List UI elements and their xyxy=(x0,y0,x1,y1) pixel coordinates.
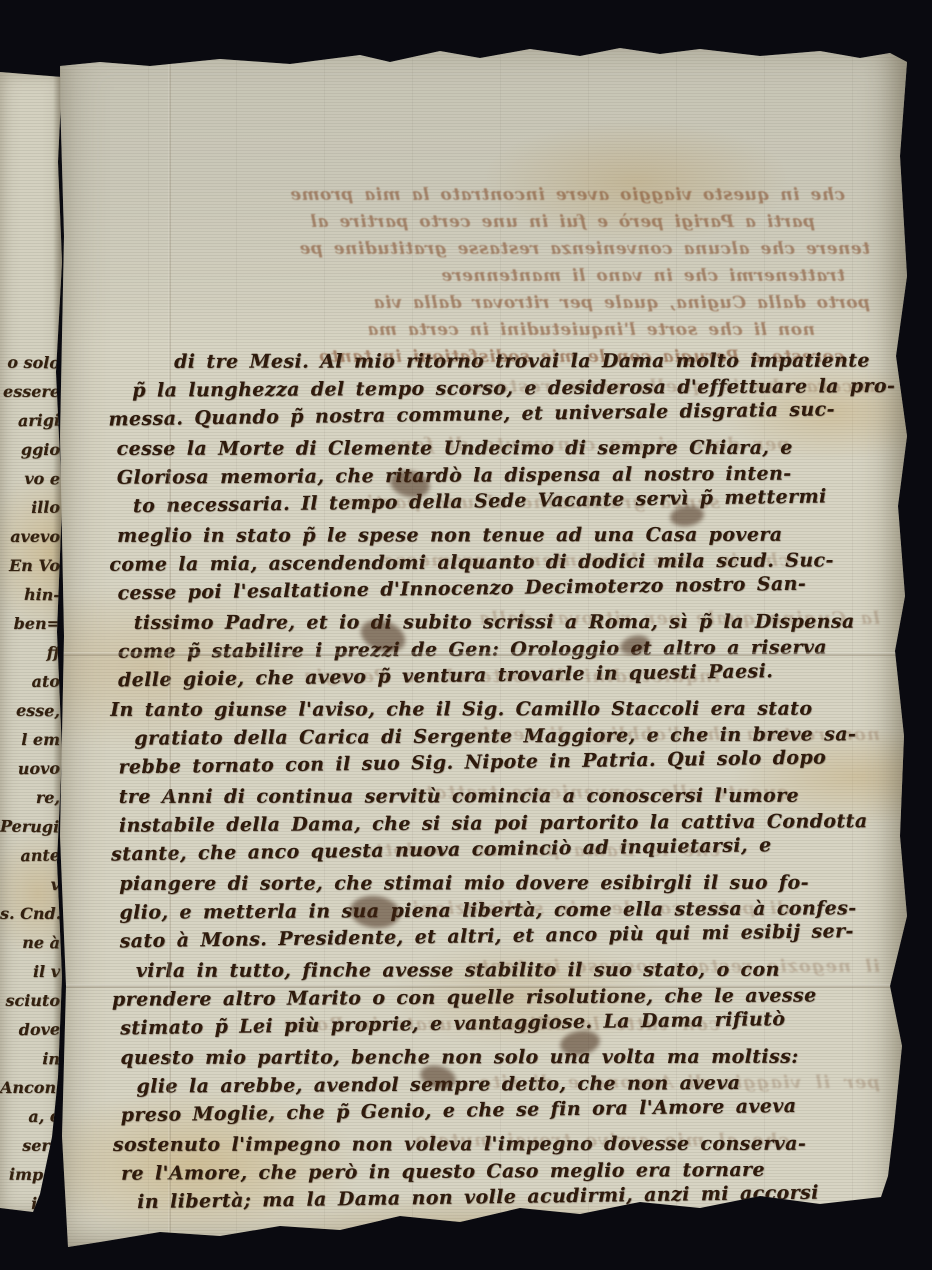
left-page-line-fragment: sere xyxy=(0,1131,63,1160)
handwriting-line: cesse la Morte di Clemente Undecimo di s… xyxy=(71,434,891,464)
handwriting-line: In tanto giunse l'aviso, che il Sig. Cam… xyxy=(72,695,892,725)
handwriting-line: meglio in stato p̃ le spese non tenue ad… xyxy=(71,521,891,551)
letter-body: di tre Mesi. Al mio ritorno trovai la Da… xyxy=(70,343,895,1218)
bleedthrough-line: parti a Parigi però e fui in une certo p… xyxy=(90,209,870,236)
bleedthrough-line: non li che sorte l'inquietudini in certa… xyxy=(90,317,870,344)
handwriting-line: tre Anni di continua servitù comincia a … xyxy=(73,782,893,812)
fold-crease xyxy=(60,652,907,656)
handwriting-line: questo mio partito, benche non solo una … xyxy=(74,1043,894,1073)
left-page-line-fragment: impe- xyxy=(0,1160,63,1190)
bleedthrough-line: che in questo viaggio avere incontrato l… xyxy=(90,182,870,209)
bleedthrough-line: trattenermi che in vano li mantennere xyxy=(90,263,870,290)
manuscript-photo: o soloesserearigiggiovo eilloavevoEn Voh… xyxy=(0,0,932,1270)
handwriting-line: tissimo Padre, et io di subito scrissi a… xyxy=(72,608,892,638)
handwriting-line: virla in tutto, finche avesse stabilito … xyxy=(74,956,894,986)
bleedthrough-region: che in questo viaggio avere incontrato l… xyxy=(90,182,870,371)
handwriting-line: piangere di sorte, che stimai mio dovere… xyxy=(73,869,893,899)
bleedthrough-line: porto dalla Cugina, quale per ritrovar d… xyxy=(90,290,870,317)
fold-crease xyxy=(60,984,907,988)
bleedthrough-line: tenere che alcuna convenienza restasse g… xyxy=(90,236,870,263)
left-page-gutter-shadow xyxy=(53,72,63,1214)
fold-crease xyxy=(168,36,171,1250)
handwriting-line: di tre Mesi. Al mio ritorno trovai la Da… xyxy=(70,347,890,377)
handwriting-line: sostenuto l'impegno non voleva l'impegno… xyxy=(75,1130,895,1160)
main-page: che in questo viaggio avere incontrato l… xyxy=(60,36,907,1250)
left-page-line-fragment: ilio xyxy=(0,1188,63,1218)
left-page: o soloesserearigiggiovo eilloavevoEn Voh… xyxy=(0,72,63,1214)
